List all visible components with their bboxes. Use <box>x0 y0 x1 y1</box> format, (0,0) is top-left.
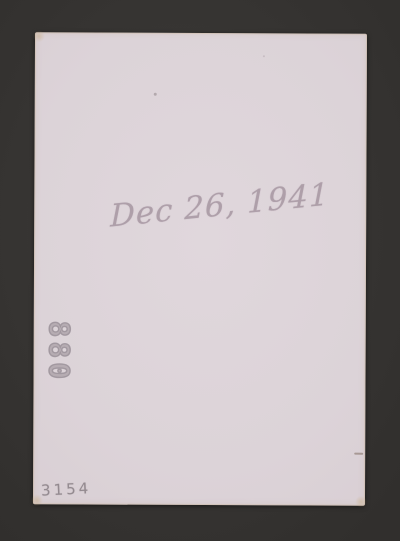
photo-card-back: Dec 26, 1941 880 3154 <box>33 32 367 505</box>
scan-background: Dec 26, 1941 880 3154 <box>0 0 400 541</box>
handwritten-date: Dec 26, 1941 <box>110 177 319 234</box>
dust-speck <box>263 55 265 57</box>
dust-speck <box>154 93 157 96</box>
corner-wear-mark <box>355 496 367 508</box>
corner-wear-mark <box>33 30 45 42</box>
catalog-number: 3154 <box>41 479 92 499</box>
stamp-number: 880 <box>43 316 73 386</box>
edge-scratch-mark <box>354 453 363 455</box>
stamp-number-digits: 880 <box>42 320 75 383</box>
